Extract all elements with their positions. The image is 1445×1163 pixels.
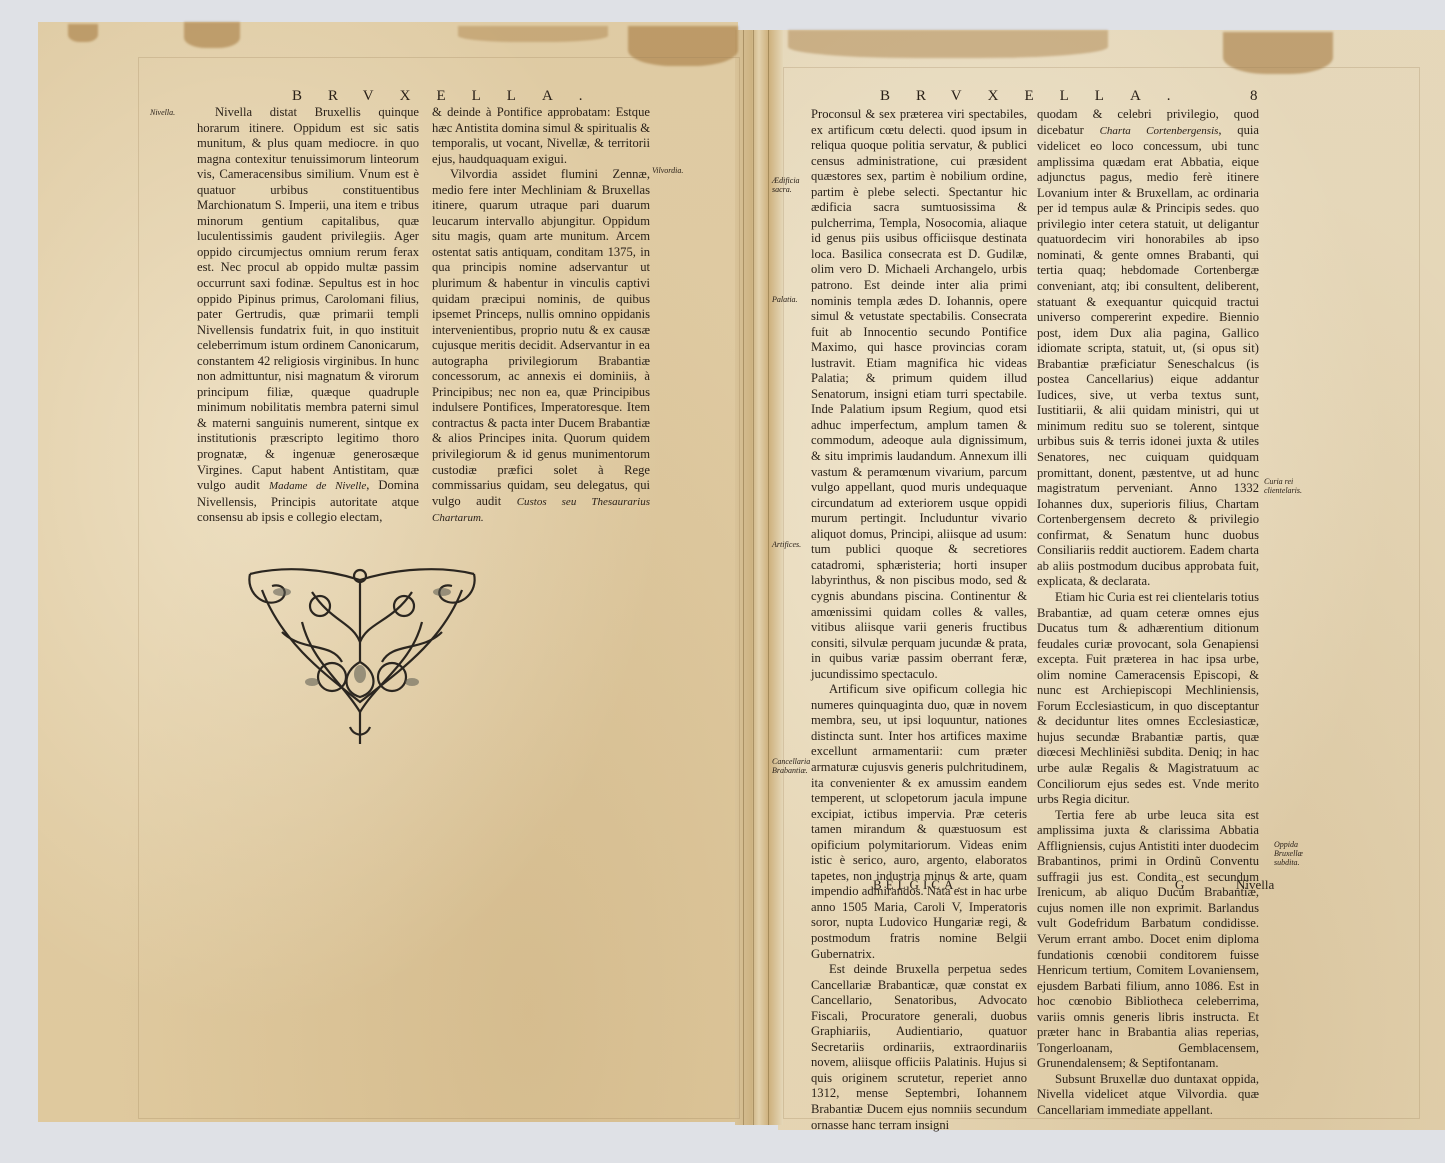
- italic-phrase: Charta Cortenbergensis: [1100, 125, 1219, 137]
- margin-note-aedificia: Ædificia sacra.: [772, 176, 808, 194]
- paragraph-privilegio-cont: , quia videlicet eo loco concessum, ubi …: [1037, 123, 1259, 589]
- paragraph-artifices: Artificum sive opificum collegia hic num…: [811, 682, 1027, 960]
- right-column-1: Proconsul & sex præterea viri spectabile…: [811, 107, 1027, 1133]
- running-head-left: BRVXELLA.: [292, 88, 609, 105]
- water-stain: [458, 26, 608, 42]
- margin-note-palatia: Palatia.: [772, 295, 798, 304]
- running-head-right: BRVXELLA.: [880, 88, 1197, 105]
- paragraph-affligem: Tertia fere ab urbe leuca sita est ampli…: [1037, 808, 1259, 1071]
- right-column-2: quodam & celebri privilegio, quod diceba…: [1037, 107, 1259, 1119]
- water-stain: [788, 30, 1108, 58]
- paragraph-curia: Etiam hic Curia est rei clientelaris tot…: [1037, 590, 1259, 806]
- paragraph-antistita: & deinde à Pontifice approbatam: Estque …: [432, 105, 650, 166]
- margin-note-curia: Curia rei clientelaris.: [1264, 477, 1304, 495]
- italic-phrase: Madame de Nivelle: [269, 480, 366, 492]
- footer-title: BELGICA.: [873, 877, 965, 893]
- water-stain: [68, 24, 98, 42]
- water-stain: [184, 22, 240, 48]
- margin-note-vilvordia: Vilvordia.: [652, 166, 683, 175]
- left-column-1: Nivella distat Bruxellis quinque horarum…: [197, 105, 419, 526]
- paragraph-oppida: Subsunt Bruxellæ duo duntaxat oppida, Ni…: [1037, 1072, 1259, 1117]
- paragraph-aedificia: Proconsul & sex præterea viri spectabile…: [811, 107, 1027, 681]
- paragraph-cancellaria: Est deinde Bruxella perpetua sedes Cance…: [811, 962, 1027, 1131]
- paragraph-nivella: Nivella distat Bruxellis quinque horarum…: [197, 105, 419, 492]
- center-fold: [735, 30, 783, 1125]
- margin-note-oppida: Oppida Bruxellæ subdita.: [1274, 840, 1308, 867]
- signature-mark: G: [1175, 877, 1184, 893]
- margin-note-cancellaria: Cancellaria Brabantiæ.: [772, 757, 808, 775]
- left-column-2: & deinde à Pontifice approbatam: Estque …: [432, 105, 650, 527]
- catchword: Nivella: [1236, 877, 1274, 893]
- paragraph-vilvordia: Vilvordia assidet flumini Zennæ, medio f…: [432, 167, 650, 507]
- page-number: 8: [1250, 88, 1258, 105]
- floral-ornament-icon: [242, 562, 482, 752]
- margin-note-artifices: Artifices.: [772, 540, 801, 549]
- margin-note-nivella: Nivella.: [150, 108, 175, 117]
